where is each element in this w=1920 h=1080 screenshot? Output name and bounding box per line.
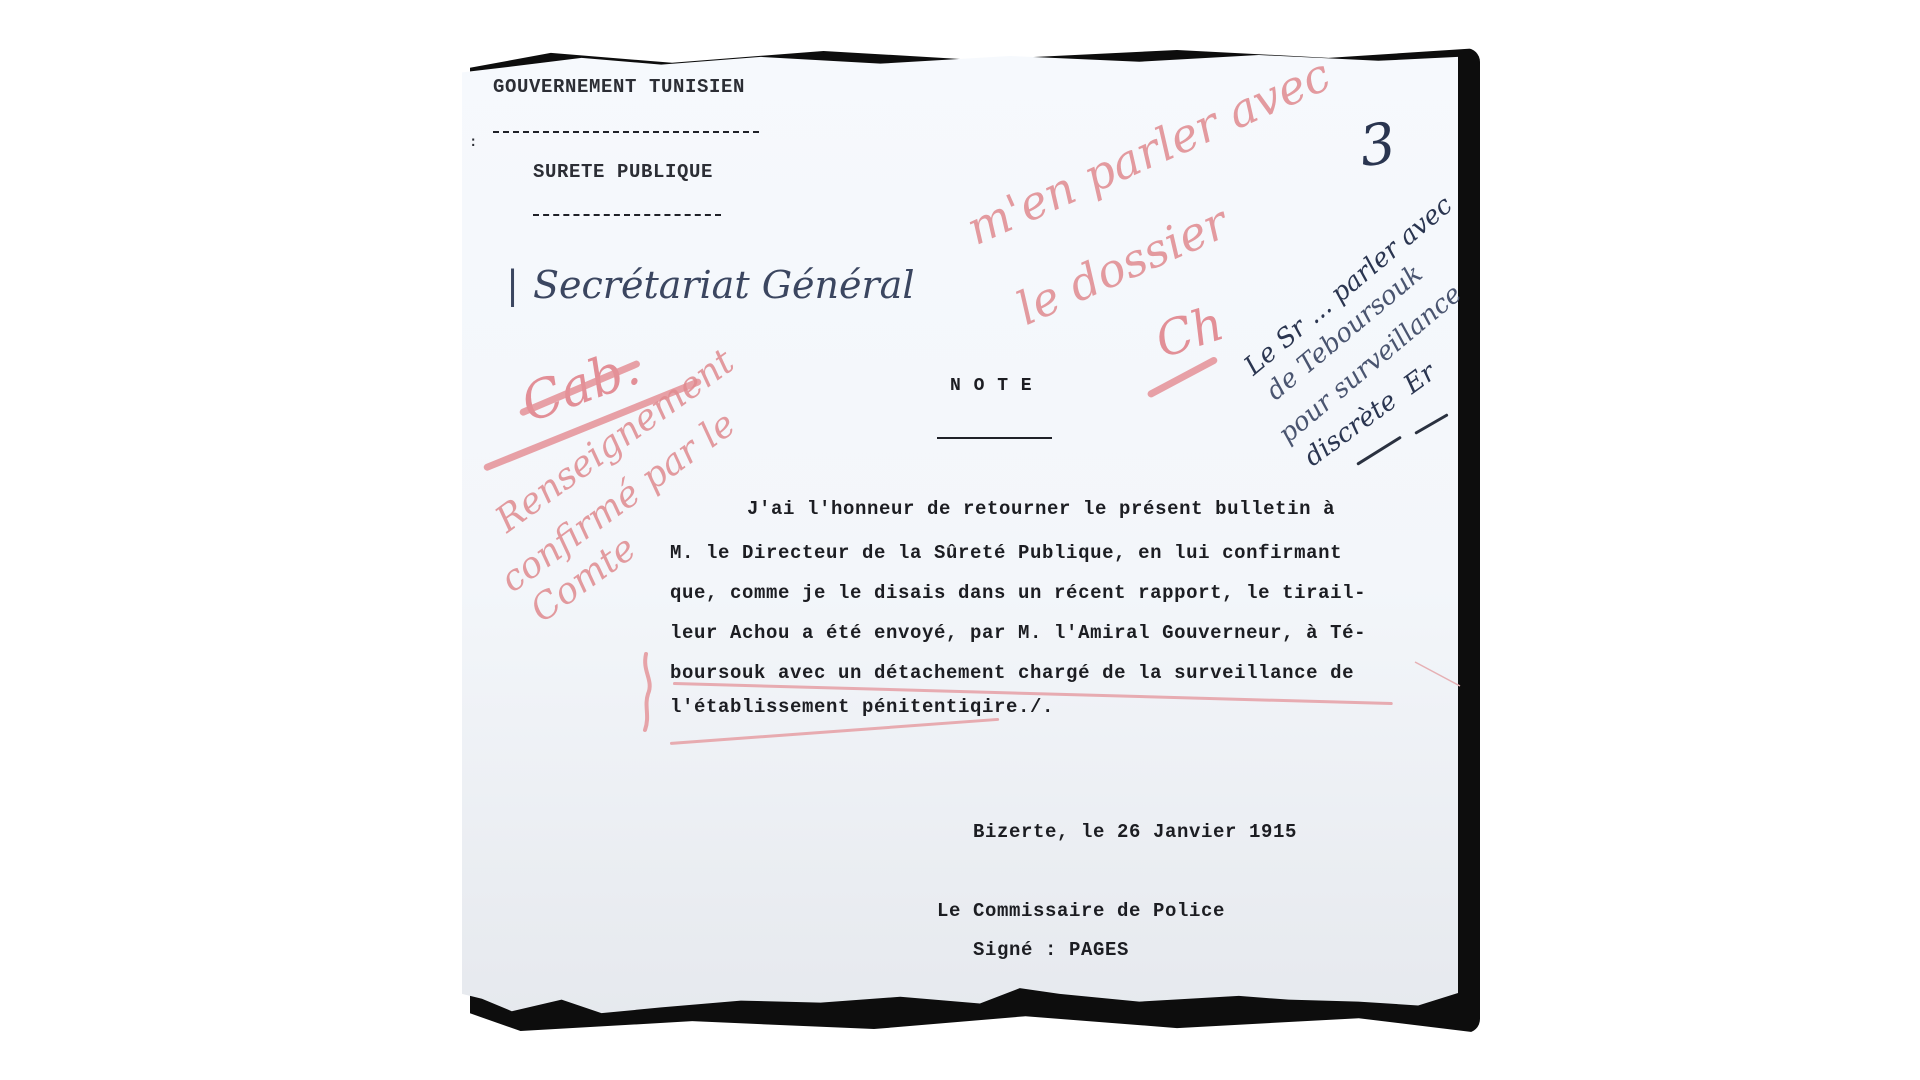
page-number: 3 [1356, 116, 1399, 176]
header-organization: GOUVERNEMENT TUNISIEN [493, 78, 745, 97]
red-stray-mark [1415, 660, 1465, 690]
body-line-5: boursouk avec un détachement chargé de l… [670, 664, 1354, 683]
body-line-2: M. le Directeur de la Sûreté Publique, e… [670, 544, 1342, 563]
body-line-6: l'établissement pénitentiqire./. [670, 698, 1054, 717]
header-divider-2 [533, 214, 721, 216]
signatory-title: Le Commissaire de Police [937, 902, 1225, 921]
place-date: Bizerte, le 26 Janvier 1915 [973, 823, 1297, 842]
body-line-3: que, comme je le disais dans un récent r… [670, 584, 1366, 603]
header-divider-1 [493, 131, 759, 133]
body-line-4: leur Achou a été envoyé, par M. l'Amiral… [670, 624, 1366, 643]
note-title-underline [937, 437, 1052, 439]
margin-stroke: | [506, 263, 519, 307]
signatory-signature: Signé : PAGES [973, 941, 1129, 960]
margin-mark: : [469, 136, 478, 150]
note-title: N O T E [950, 377, 1033, 395]
body-line-1: J'ai l'honneur de retourner le présent b… [747, 500, 1335, 519]
header-department: SURETE PUBLIQUE [533, 163, 713, 182]
secretariat-annotation: |Secrétariat Général [482, 228, 914, 304]
red-brace-icon [638, 652, 658, 732]
